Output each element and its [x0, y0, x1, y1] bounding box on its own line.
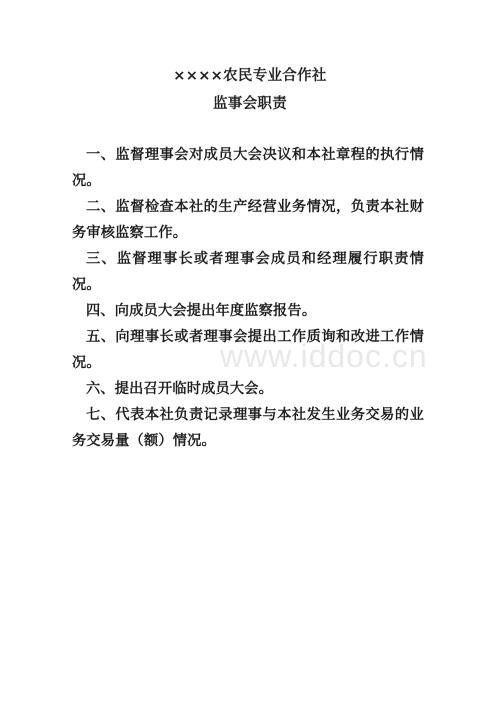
duty-item-6: 六、提出召开临时成员大会。 — [72, 376, 424, 402]
duty-item-5: 五、向理事长或者理事会提出工作质询和改进工作情况。 — [72, 324, 424, 376]
duty-item-4: 四、向成员大会提出年度监察报告。 — [72, 298, 424, 324]
duty-item-1: 一、监督理事会对成员大会决议和本社章程的执行情况。 — [72, 142, 424, 194]
document-title: 监事会职责 — [0, 92, 500, 113]
organization-title: ××××农民专业合作社 — [0, 64, 500, 85]
duty-item-2: 二、监督检查本社的生产经营业务情况，负责本社财务审核监察工作。 — [72, 194, 424, 246]
duty-item-3: 三、监督理事长或者理事会成员和经理履行职责情况。 — [72, 246, 424, 298]
document-page: ××××农民专业合作社 监事会职责 一、监督理事会对成员大会决议和本社章程的执行… — [0, 0, 500, 708]
duties-list: 一、监督理事会对成员大会决议和本社章程的执行情况。 二、监督检查本社的生产经营业… — [72, 142, 424, 454]
duty-item-7: 七、代表本社负责记录理事与本社发生业务交易的业务交易量（额）情况。 — [72, 402, 424, 454]
